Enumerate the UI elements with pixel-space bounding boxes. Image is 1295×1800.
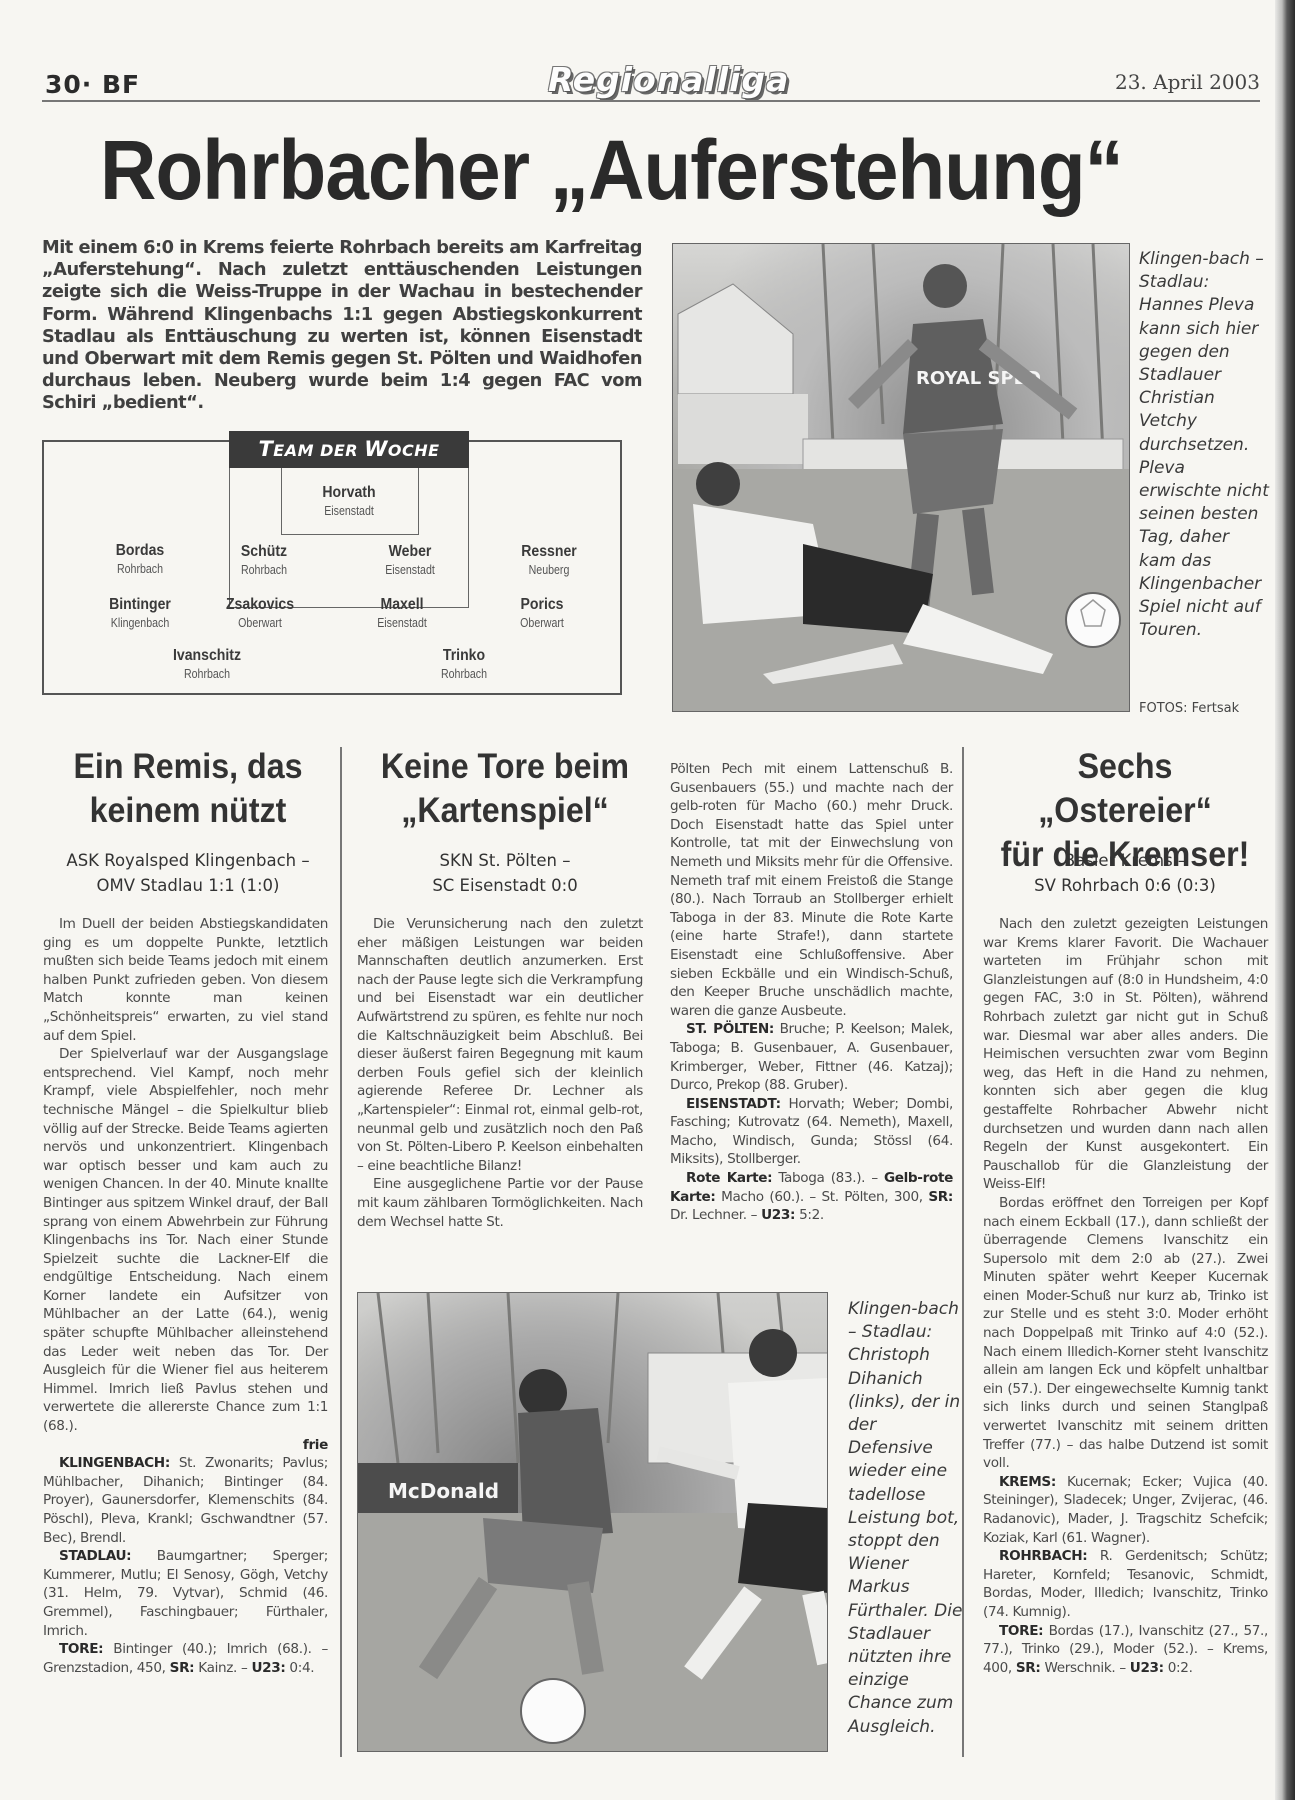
player-card: Bordas Rohrbach bbox=[80, 542, 200, 576]
article2-body-part2: Pölten Pech mit einem Lattenschuß B. Gus… bbox=[670, 760, 953, 1225]
author-signature: frie bbox=[303, 1436, 328, 1455]
header-rule bbox=[42, 100, 1260, 102]
photo1-caption: Klingen-bach – Stadlau: Hannes Pleva kan… bbox=[1139, 248, 1269, 642]
team-der-woche-title: TEAM DER WOCHE bbox=[229, 431, 469, 468]
soccer-tackle-illustration: ROYAL SPED bbox=[673, 244, 1130, 712]
issue-date: 23. April 2003 bbox=[1115, 70, 1260, 94]
match-photo-pleva: ROYAL SPED bbox=[672, 243, 1130, 712]
svg-text:McDonald: McDonald bbox=[388, 1479, 499, 1503]
team-der-woche-box: TEAM DER WOCHE Horvath Eisenstadt Bordas… bbox=[42, 440, 622, 695]
article2-body-part1: Die Verunsicherung nach den zuletzt eher… bbox=[357, 915, 643, 1231]
article1-body: Im Duell der beiden Abstiegskandidaten g… bbox=[43, 915, 328, 1677]
match-photo-dihanich: McDonald bbox=[357, 1292, 828, 1752]
player-card: Weber Eisenstadt bbox=[350, 543, 470, 577]
page-edge-shadow bbox=[1275, 0, 1295, 1800]
article3-fixture: Basler Krems – SV Rohrbach 0:6 (0:3) bbox=[975, 848, 1275, 898]
photo2-caption: Klingen-bach – Stadlau: Christoph Dihani… bbox=[848, 1298, 963, 1739]
player-card: Ivanschitz Rohrbach bbox=[147, 647, 267, 681]
main-headline: Rohrbacher „Auferstehung“ bbox=[100, 128, 1142, 212]
player-card: Ressner Neuberg bbox=[489, 543, 609, 577]
soccer-duel-illustration: McDonald bbox=[358, 1293, 828, 1752]
player-card: Zsakovics Oberwart bbox=[200, 596, 320, 630]
lead-paragraph: Mit einem 6:0 in Krems feierte Rohrbach … bbox=[42, 237, 642, 415]
player-card: Trinko Rohrbach bbox=[404, 647, 524, 681]
photo-credit: FOTOS: Fertsak bbox=[1139, 701, 1239, 716]
player-goalkeeper: Horvath Eisenstadt bbox=[289, 484, 409, 518]
article3-body: Nach den zuletzt gezeigten Leistungen wa… bbox=[983, 915, 1268, 1677]
article1-fixture: ASK Royalsped Klingenbach – OMV Stadlau … bbox=[38, 848, 338, 898]
article2-title: Keine Tore beim „Kartenspiel“ bbox=[367, 745, 643, 833]
section-title: Regionalliga bbox=[548, 60, 789, 99]
player-card: Maxell Eisenstadt bbox=[342, 596, 462, 630]
player-card: Bintinger Klingenbach bbox=[80, 596, 200, 630]
column-divider bbox=[340, 747, 342, 1757]
article2-fixture: SKN St. Pölten – SC Eisenstadt 0:0 bbox=[355, 848, 655, 898]
page-number: 30· BF bbox=[45, 70, 140, 99]
article1-title: Ein Remis, das keinem nützt bbox=[50, 745, 326, 833]
player-card: Porics Oberwart bbox=[482, 596, 602, 630]
player-card: Schütz Rohrbach bbox=[204, 543, 324, 577]
